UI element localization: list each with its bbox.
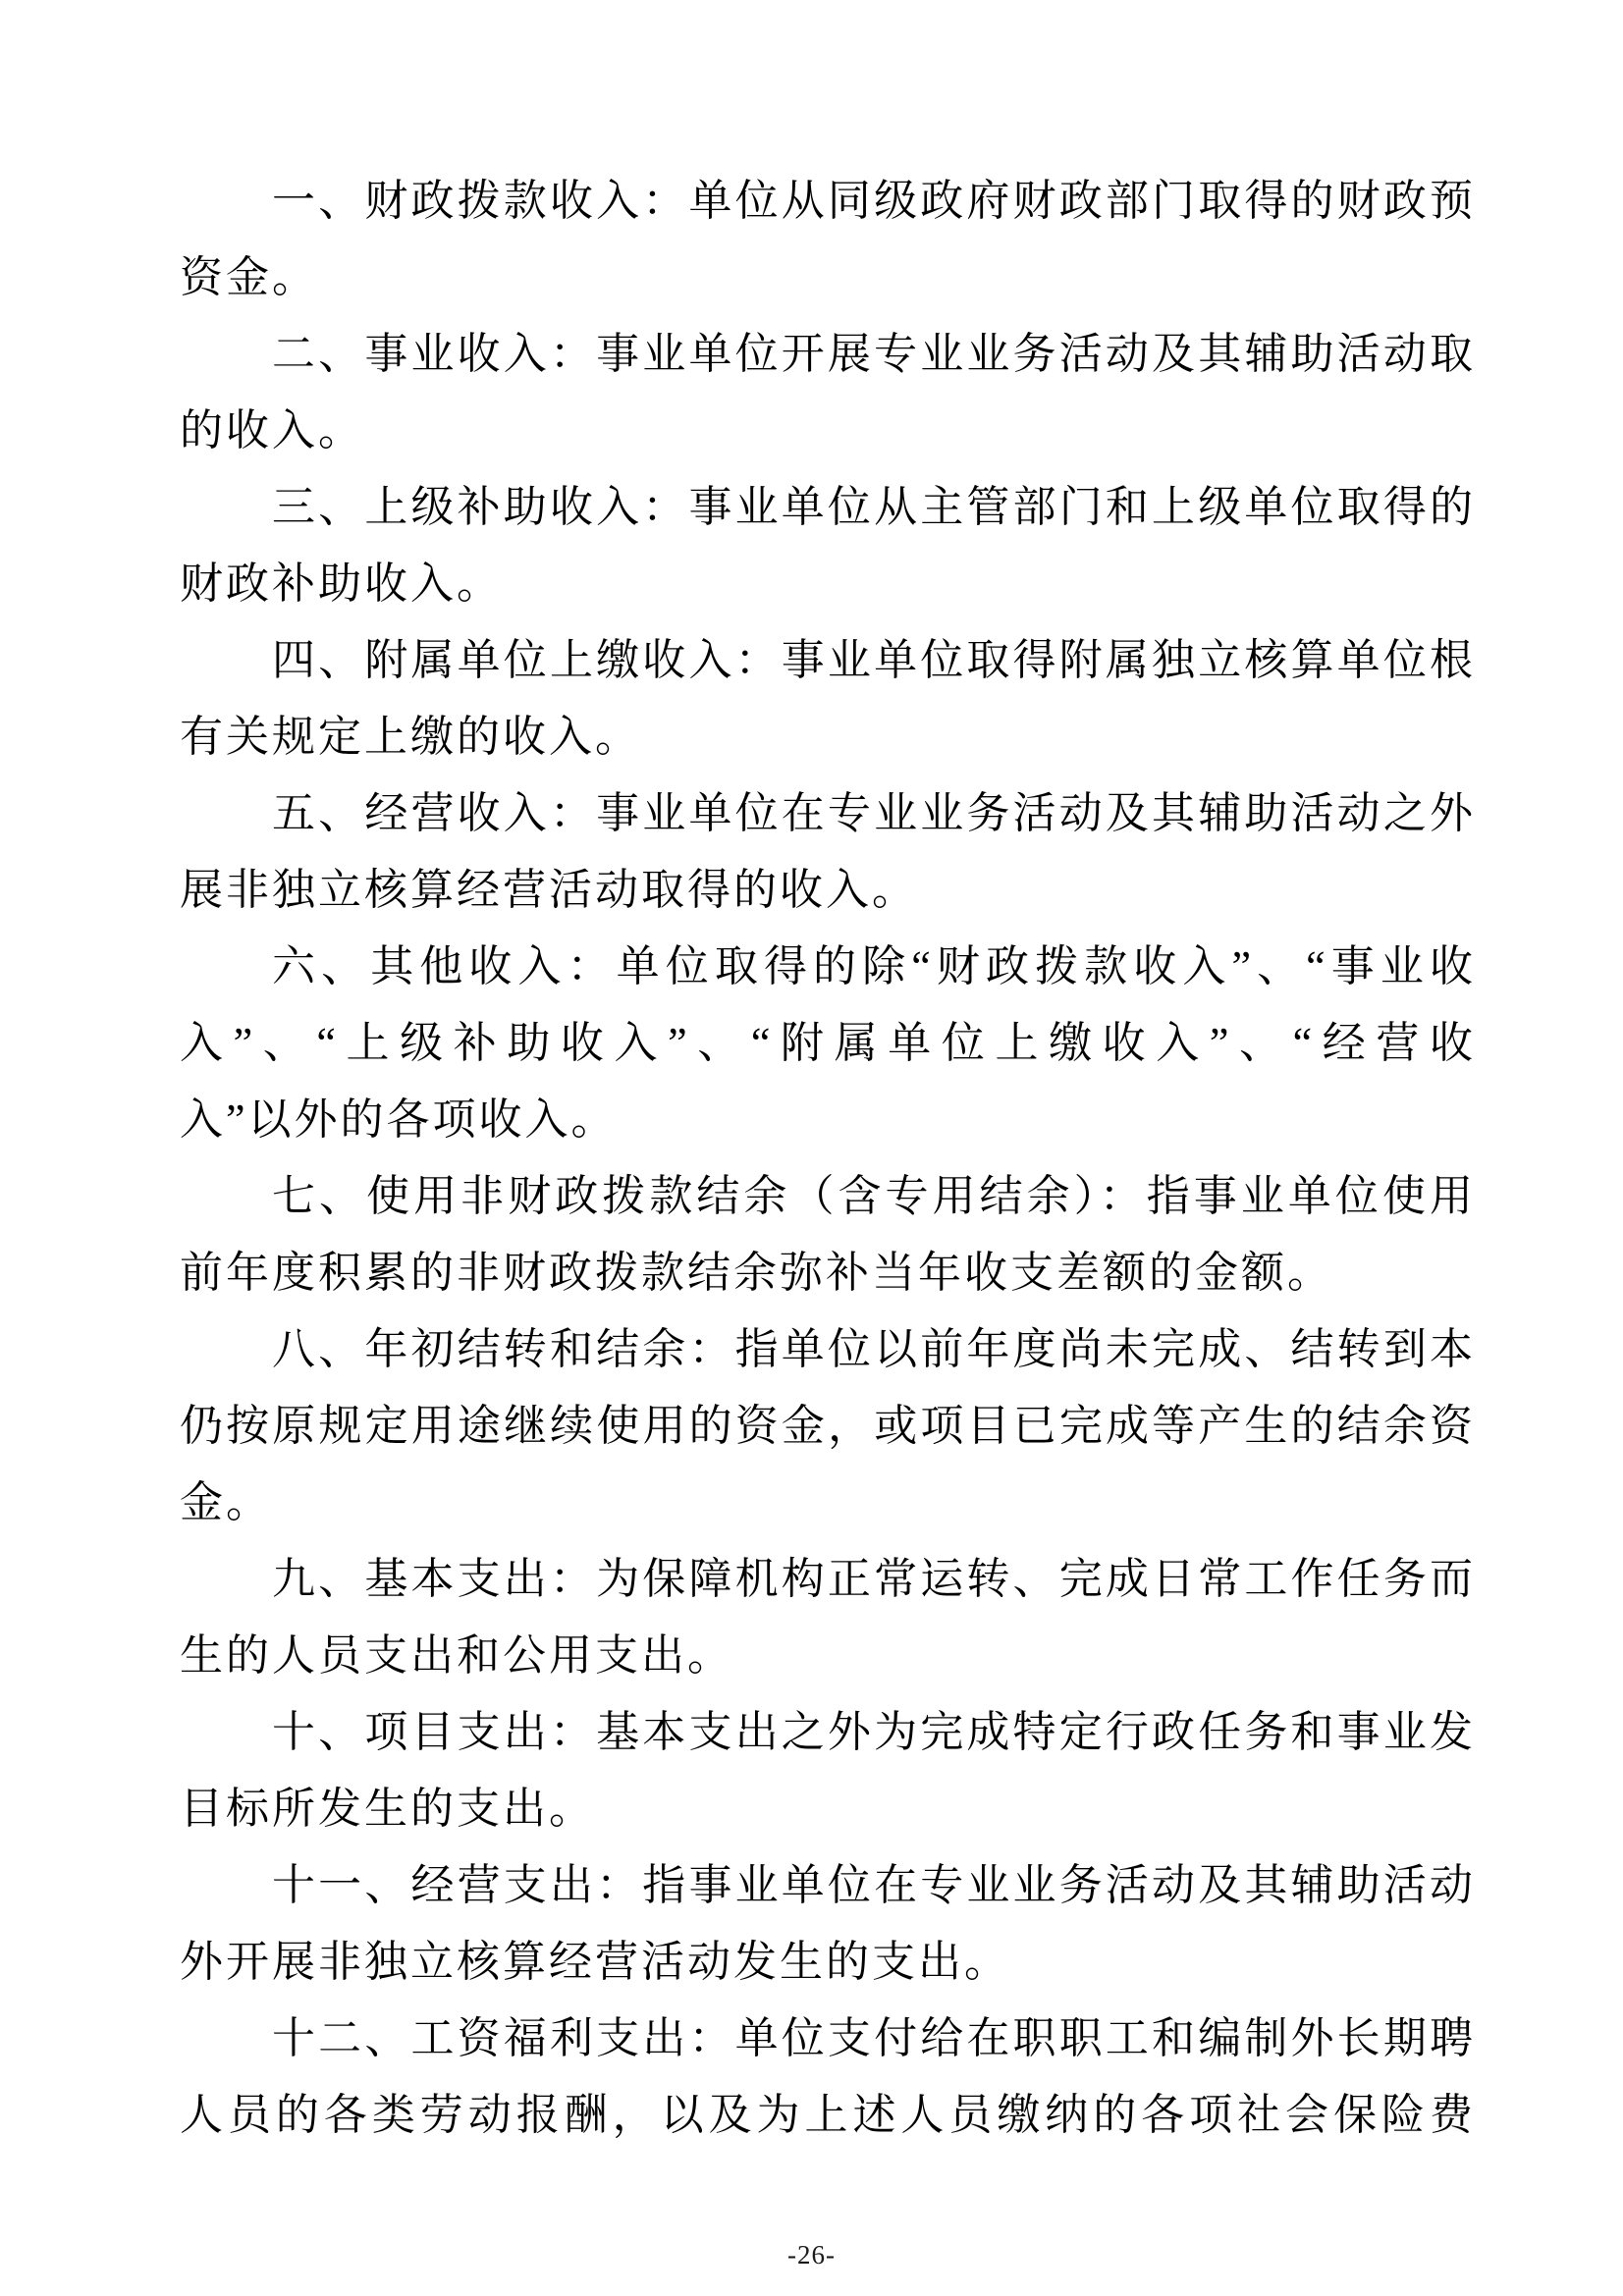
definition-paragraph-2: 二、事业收入：事业单位开展专业业务活动及其辅助活动取得 的收入。 xyxy=(180,316,1476,469)
text-line: 目标所发生的支出。 xyxy=(180,1771,1476,1847)
definition-paragraph-8: 八、年初结转和结余：指单位以前年度尚未完成、结转到本年 仍按原规定用途继续使用的… xyxy=(180,1311,1476,1541)
text-line: 十二、工资福利支出：单位支付给在职职工和编制外长期聘用 xyxy=(180,2001,1476,2077)
text-line: 资金。 xyxy=(180,240,1476,316)
text-line: 二、事业收入：事业单位开展专业业务活动及其辅助活动取得 xyxy=(180,316,1476,393)
text-line: 四、附属单位上缴收入：事业单位取得附属独立核算单位根据 xyxy=(180,622,1476,699)
text-line: 的收入。 xyxy=(180,393,1476,469)
definition-paragraph-3: 三、上级补助收入：事业单位从主管部门和上级单位取得的非 财政补助收入。 xyxy=(180,469,1476,622)
text-line: 人员的各类劳动报酬，以及为上述人员缴纳的各项社会保险费等。 xyxy=(180,2077,1476,2154)
text-line: 六、其他收入：单位取得的除“财政拨款收入”、“事业收 xyxy=(180,929,1476,1005)
text-line: 三、上级补助收入：事业单位从主管部门和上级单位取得的非 xyxy=(180,469,1476,546)
page-number: -26- xyxy=(0,2240,1623,2270)
text-line: 十一、经营支出：指事业单位在专业业务活动及其辅助活动之 xyxy=(180,1847,1476,1924)
definition-paragraph-6: 六、其他收入：单位取得的除“财政拨款收入”、“事业收 入”、“上级补助收入”、“… xyxy=(180,929,1476,1158)
text-line: 七、使用非财政拨款结余（含专用结余）：指事业单位使用以 xyxy=(180,1158,1476,1235)
text-line: 外开展非独立核算经营活动发生的支出。 xyxy=(180,1924,1476,2001)
text-line: 有关规定上缴的收入。 xyxy=(180,699,1476,775)
definition-paragraph-12: 十二、工资福利支出：单位支付给在职职工和编制外长期聘用 人员的各类劳动报酬，以及… xyxy=(180,2001,1476,2154)
definition-paragraph-11: 十一、经营支出：指事业单位在专业业务活动及其辅助活动之 外开展非独立核算经营活动… xyxy=(180,1847,1476,2001)
text-line: 生的人员支出和公用支出。 xyxy=(180,1618,1476,1694)
text-line: 九、基本支出：为保障机构正常运转、完成日常工作任务而发 xyxy=(180,1541,1476,1618)
definition-paragraph-1: 一、财政拨款收入：单位从同级政府财政部门取得的财政预算 资金。 xyxy=(180,163,1476,316)
document-body: 一、财政拨款收入：单位从同级政府财政部门取得的财政预算 资金。 二、事业收入：事… xyxy=(180,163,1476,2154)
text-line: 十、项目支出：基本支出之外为完成特定行政任务和事业发展 xyxy=(180,1694,1476,1771)
text-line: 金。 xyxy=(180,1465,1476,1541)
text-line: 入”以外的各项收入。 xyxy=(180,1082,1476,1158)
text-line: 前年度积累的非财政拨款结余弥补当年收支差额的金额。 xyxy=(180,1235,1476,1311)
definition-paragraph-10: 十、项目支出：基本支出之外为完成特定行政任务和事业发展 目标所发生的支出。 xyxy=(180,1694,1476,1847)
text-line: 仍按原规定用途继续使用的资金，或项目已完成等产生的结余资 xyxy=(180,1388,1476,1465)
text-line: 入”、“上级补助收入”、“附属单位上缴收入”、“经营收 xyxy=(180,1005,1476,1082)
text-line: 五、经营收入：事业单位在专业业务活动及其辅助活动之外开 xyxy=(180,775,1476,852)
definition-paragraph-5: 五、经营收入：事业单位在专业业务活动及其辅助活动之外开 展非独立核算经营活动取得… xyxy=(180,775,1476,929)
text-line: 一、财政拨款收入：单位从同级政府财政部门取得的财政预算 xyxy=(180,163,1476,240)
definition-paragraph-9: 九、基本支出：为保障机构正常运转、完成日常工作任务而发 生的人员支出和公用支出。 xyxy=(180,1541,1476,1694)
text-line: 八、年初结转和结余：指单位以前年度尚未完成、结转到本年 xyxy=(180,1311,1476,1388)
text-line: 展非独立核算经营活动取得的收入。 xyxy=(180,852,1476,929)
text-line: 财政补助收入。 xyxy=(180,546,1476,622)
definition-paragraph-7: 七、使用非财政拨款结余（含专用结余）：指事业单位使用以 前年度积累的非财政拨款结… xyxy=(180,1158,1476,1311)
definition-paragraph-4: 四、附属单位上缴收入：事业单位取得附属独立核算单位根据 有关规定上缴的收入。 xyxy=(180,622,1476,775)
